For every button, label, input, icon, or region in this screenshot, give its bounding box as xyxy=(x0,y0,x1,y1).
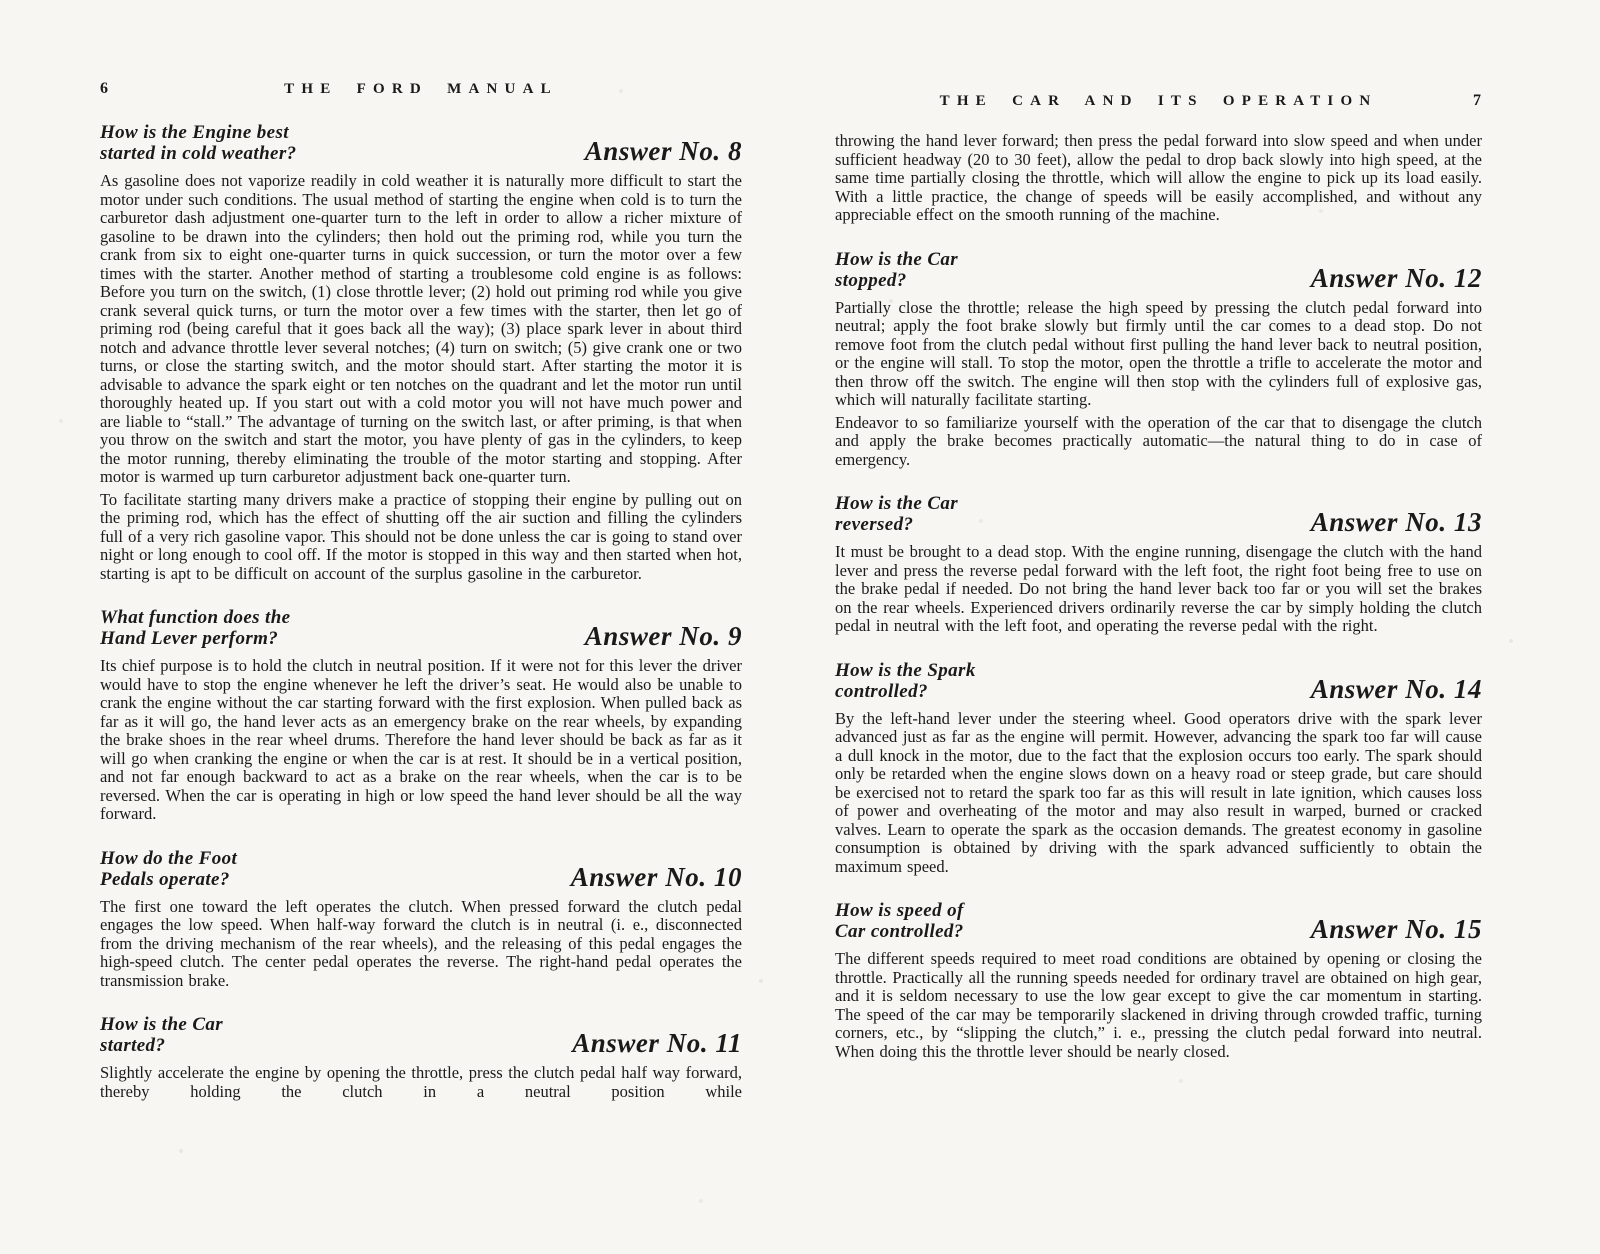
question-heading: How is the Carstarted? xyxy=(100,1014,223,1056)
qa-heading-row: How is speed ofCar controlled?Answer No.… xyxy=(835,900,1482,942)
question-heading: How is the Carreversed? xyxy=(835,493,958,535)
qa-section: How is the Carstopped?Answer No. 12Parti… xyxy=(835,249,1482,470)
answer-label: Answer No. 12 xyxy=(1311,265,1482,292)
qa-section: How is the Carstarted?Answer No. 11Sligh… xyxy=(100,1014,742,1101)
qa-section: How is the Carreversed?Answer No. 13It m… xyxy=(835,493,1482,636)
book-spread: 6 THE FORD MANUAL How is the Engine best… xyxy=(0,0,1600,1254)
answer-paragraph: Endeavor to so familiarize yourself with… xyxy=(835,414,1482,470)
question-heading: How is the Engine beststarted in cold we… xyxy=(100,122,297,164)
qa-section: How do the FootPedals operate?Answer No.… xyxy=(100,848,742,991)
qa-section: How is speed ofCar controlled?Answer No.… xyxy=(835,900,1482,1061)
page-number-left: 6 xyxy=(100,80,140,98)
qa-heading-row: How do the FootPedals operate?Answer No.… xyxy=(100,848,742,890)
answer-paragraph: Slightly accelerate the engine by openin… xyxy=(100,1064,742,1101)
page-body-left: How is the Engine beststarted in cold we… xyxy=(100,122,742,1101)
running-head-left: THE FORD MANUAL xyxy=(140,81,702,98)
page-left: 6 THE FORD MANUAL How is the Engine best… xyxy=(0,0,800,1254)
qa-section: What function does theHand Lever perform… xyxy=(100,607,742,824)
question-heading: How is speed ofCar controlled? xyxy=(835,900,964,942)
answer-label: Answer No. 14 xyxy=(1311,676,1482,703)
question-heading: How do the FootPedals operate? xyxy=(100,848,237,890)
qa-heading-row: How is the Carstarted?Answer No. 11 xyxy=(100,1014,742,1056)
qa-heading-row: How is the Carstopped?Answer No. 12 xyxy=(835,249,1482,291)
qa-section: How is the Sparkcontrolled?Answer No. 14… xyxy=(835,660,1482,877)
answer-paragraph: It must be brought to a dead stop. With … xyxy=(835,543,1482,636)
answer-paragraph: The first one toward the left operates t… xyxy=(100,898,742,991)
page-header-left: 6 THE FORD MANUAL xyxy=(100,80,742,98)
answer-paragraph: As gasoline does not vaporize readily in… xyxy=(100,172,742,487)
answer-paragraph: Partially close the throttle; release th… xyxy=(835,299,1482,410)
qa-heading-row: How is the Carreversed?Answer No. 13 xyxy=(835,493,1482,535)
qa-section: How is the Engine beststarted in cold we… xyxy=(100,122,742,583)
qa-heading-row: How is the Engine beststarted in cold we… xyxy=(100,122,742,164)
answer-label: Answer No. 15 xyxy=(1311,916,1482,943)
running-head-right: THE CAR AND ITS OPERATION xyxy=(875,93,1442,110)
answer-paragraph: To facilitate starting many drivers make… xyxy=(100,491,742,584)
question-heading: What function does theHand Lever perform… xyxy=(100,607,290,649)
page-body-right: throwing the hand lever forward; then pr… xyxy=(835,132,1482,1061)
page-header-right: THE CAR AND ITS OPERATION 7 xyxy=(835,92,1482,110)
qa-heading-row: What function does theHand Lever perform… xyxy=(100,607,742,649)
question-heading: How is the Carstopped? xyxy=(835,249,958,291)
answer-paragraph: The different speeds required to meet ro… xyxy=(835,950,1482,1061)
question-heading: How is the Sparkcontrolled? xyxy=(835,660,976,702)
page-number-right: 7 xyxy=(1442,92,1482,110)
answer-label: Answer No. 10 xyxy=(571,864,742,891)
answer-label: Answer No. 13 xyxy=(1311,509,1482,536)
continuation-paragraph: throwing the hand lever forward; then pr… xyxy=(835,132,1482,225)
answer-paragraph: By the left-hand lever under the steerin… xyxy=(835,710,1482,877)
answer-label: Answer No. 11 xyxy=(572,1030,742,1057)
page-right: THE CAR AND ITS OPERATION 7 throwing the… xyxy=(800,0,1600,1254)
qa-heading-row: How is the Sparkcontrolled?Answer No. 14 xyxy=(835,660,1482,702)
answer-label: Answer No. 9 xyxy=(585,623,742,650)
answer-paragraph: Its chief purpose is to hold the clutch … xyxy=(100,657,742,824)
answer-label: Answer No. 8 xyxy=(585,138,742,165)
